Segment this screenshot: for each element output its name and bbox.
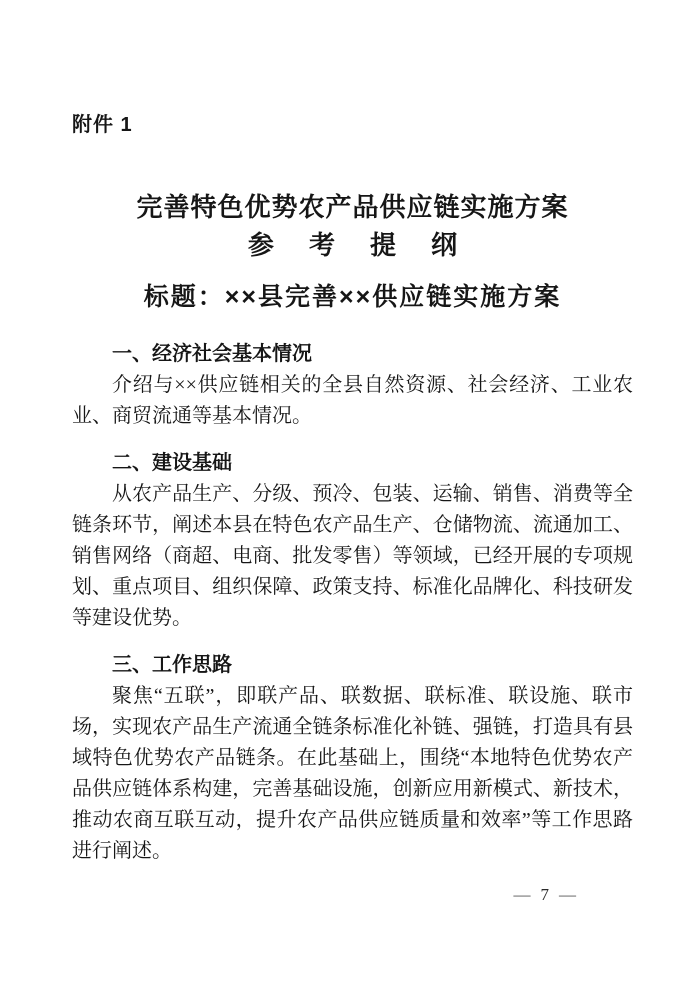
paragraph-line: 销售网络（商超、电商、批发零售）等领域，已经开展的专项规 [72,541,633,572]
document-page: 附件 1 完善特色优势农产品供应链实施方案 参 考 提 纲 标题：××县完善××… [0,0,700,989]
section-heading-2: 二、建设基础 [72,448,633,479]
footer-dash-right: — [558,885,577,904]
section-paragraph-3: 聚焦“五联”，即联产品、联数据、联标准、联设施、联市 场，实现农产品生产流通全链… [72,681,633,867]
section-construction-foundation: 二、建设基础 从农产品生产、分级、预冷、包装、运输、销售、消费等全 链条环节，阐… [72,448,633,634]
paragraph-line: 等建设优势。 [72,603,633,634]
paragraph-line: 域特色优势农产品链条。在此基础上，围绕“本地特色优势农产 [72,743,633,774]
document-title-line-2: 参 考 提 纲 [72,227,633,265]
footer-dash-left: — [513,885,532,904]
paragraph-line: 划、重点项目、组织保障、政策支持、标准化品牌化、科技研发 [72,572,633,603]
paragraph-line: 业、商贸流通等基本情况。 [72,401,633,432]
section-heading-1: 一、经济社会基本情况 [72,339,633,370]
paragraph-line: 推动农商互联互动，提升农产品供应链质量和效率”等工作思路 [72,805,633,836]
attachment-label: 附件 1 [72,113,633,137]
document-subtitle: 标题：××县完善××供应链实施方案 [72,280,633,314]
section-paragraph-1: 介绍与××供应链相关的全县自然资源、社会经济、工业农 业、商贸流通等基本情况。 [72,370,633,432]
page-footer: —7— [513,884,578,906]
paragraph-line: 场，实现农产品生产流通全链条标准化补链、强链，打造具有县 [72,712,633,743]
paragraph-line: 聚焦“五联”，即联产品、联数据、联标准、联设施、联市 [72,681,633,712]
document-title-line-1: 完善特色优势农产品供应链实施方案 [72,189,633,227]
page-number: 7 [532,885,559,904]
section-paragraph-2: 从农产品生产、分级、预冷、包装、运输、销售、消费等全 链条环节，阐述本县在特色农… [72,479,633,634]
paragraph-line: 介绍与××供应链相关的全县自然资源、社会经济、工业农 [72,370,633,401]
paragraph-line: 从农产品生产、分级、预冷、包装、运输、销售、消费等全 [72,479,633,510]
paragraph-line: 品供应链体系构建，完善基础设施，创新应用新模式、新技术， [72,774,633,805]
section-work-approach: 三、工作思路 聚焦“五联”，即联产品、联数据、联标准、联设施、联市 场，实现农产… [72,650,633,867]
section-heading-3: 三、工作思路 [72,650,633,681]
section-economic-basics: 一、经济社会基本情况 介绍与××供应链相关的全县自然资源、社会经济、工业农 业、… [72,339,633,432]
paragraph-line: 进行阐述。 [72,836,633,867]
paragraph-line: 链条环节，阐述本县在特色农产品生产、仓储物流、流通加工、 [72,510,633,541]
